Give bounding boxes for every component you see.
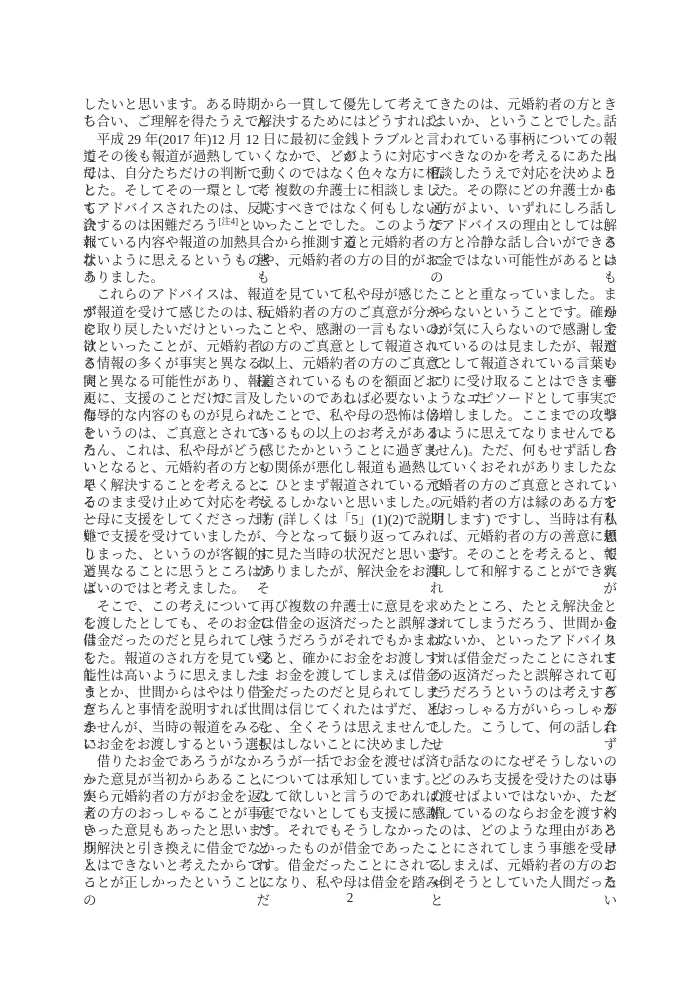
text-line: いとなると、元婚約者の方との関係が悪化し報道も過熱していくおそれがありました。そ… (83, 459, 617, 476)
text-line: いった意見もあったと思います。それでもそうしなかったのは、どのような理由があろう… (83, 822, 617, 839)
document-page: したいと思います。ある時期から一貫して優先して考えてきたのは、元婚約者の方ときち… (0, 0, 700, 989)
text-line: 借金だったのだと見られてしまうだろうがそれでもかまわないか、といったアドバイスを… (83, 632, 617, 649)
text-line: てその後も報道が過熱していくなかで、どのように対応すべきなのかを考えるにあたって… (83, 148, 617, 165)
text-line: 期解決と引き換えに借金でなかったものが借金であったことにされてしまう事態を受け入… (83, 840, 617, 857)
text-line: した。報道のされ方を見ていると、確かにお金をお渡しすれば借金だったことにされてし… (83, 650, 617, 667)
page-number: 2 (0, 890, 700, 906)
text-line: 者の方のおっしゃることが事実でないとしても支援に感謝しているのならお金を渡すべき… (83, 805, 617, 822)
text-line: いで支援を受けていましたが、今となって振り返ってみれば、元婚約者の方の善意に頼り… (83, 528, 617, 545)
paragraph: したいと思います。ある時期から一貫して優先して考えてきたのは、元婚約者の方ときち… (83, 96, 617, 131)
text-line: ないように思えるというものや、元婚約者の方の目的がお金ではない可能性があるという… (83, 252, 617, 269)
text-line: したいと思います。ある時期から一貫して優先して考えてきたのは、元婚約者の方ときち… (83, 96, 617, 113)
text-line: 更に、支援のことだけに言及したいのであれば必要ないようなエピソードとして事実でな… (83, 390, 617, 407)
text-line: れている内容や報道の加熱具合から推測すると元婚約者の方と冷静な話し合いができる状… (83, 234, 617, 251)
text-line: が報道を受けて感じたのは、元婚約者の方のご真意が分からないということです。確かに… (83, 304, 617, 321)
text-line: そのまま受け止めて対応を考えるしかないと思いました。元婚約者の方は縁のある方で一… (83, 494, 617, 511)
paragraph: 借りたお金であろうがなかろうが一括でお金を渡せば済む話なのになぜそうしないのか、… (83, 753, 617, 891)
text-line: 能性は高いように思えました。お金を渡してしまえば借金の返済だったと誤解されてしま… (83, 667, 617, 684)
text-line: 決するのは困難だろう[注4]といったことでした。このようなアドバイスの理由として… (83, 217, 617, 234)
text-line: った意見が当初からあることについては承知しています。どのみち支援を受けたのは事実… (83, 771, 617, 788)
text-line: 早く解決することを考えると、ひとまず報道されている元婚者の方のご真意とされている… (83, 477, 617, 494)
text-line: 侮辱的な内容のものが見られたことで、私や母の恐怖は倍増しました。ここまでの攻撃を… (83, 407, 617, 424)
paragraph: そこで、この考えについて再び複数の弁護士に意見を求めたところ、たとえ解決金として… (83, 598, 617, 754)
text-line: と母に支援をしてくださった方 (詳しくは「5」(1)(2)で説明します) ですし… (83, 511, 617, 528)
text-line: うとか、世間からはやはり借金だったのだと見られてしまうだろうというのは考えすぎだ… (83, 684, 617, 701)
text-line: ませんが、当時の報道をみると、全くそうは思えませんでした。こうして、何の話し合い… (83, 719, 617, 736)
text-line: とはできないと考えたからです。借金だったことにされてしまえば、元婚約者の方のおっ… (83, 857, 617, 874)
text-line: てアドバイスされたのは、反応すべきではなく何もしない方がよい、いずれにしろ話し合… (83, 200, 617, 217)
text-line: と異なることに思うところはありましたが、解決金をお渡しして和解することができれば… (83, 563, 617, 580)
text-line: ろん、これは、私や母がどう感じたかということに過ぎません)。ただ、何もせず話し合… (83, 442, 617, 459)
paragraph: これらのアドバイスは、報道を見ていて私や母が感じたことと重なっていました。まず私… (83, 286, 617, 597)
text-line: きちんと事情を説明すれば世間は信じてくれたはずだ、とおっしゃる方がいらっしゃるか… (83, 701, 617, 718)
text-line: 実と異なる可能性があり、報道されているものを額面どおりに受け取ることはできません… (83, 373, 617, 390)
text-line: した。そしてその一環として、複数の弁護士に相談しました。その際にどの弁護士からも… (83, 182, 617, 199)
text-line: というのは、ご真意とされているもの以上のお考えがあるように思えてなりませんでした… (83, 425, 617, 442)
text-line: る情報の多くが事実と異なる以上、元婚約者の方のご真意として報道されている言葉も同… (83, 355, 617, 372)
document-body: したいと思います。ある時期から一貫して優先して考えてきたのは、元婚約者の方ときち… (83, 96, 617, 892)
text-line: そこで、この考えについて再び複数の弁護士に意見を求めたところ、たとえ解決金として… (83, 598, 617, 615)
paragraph: 平成 29 年(2017 年)12 月 12 日に最初に金銭トラブルと言われてい… (83, 131, 617, 287)
text-line: 平成 29 年(2017 年)12 月 12 日に最初に金銭トラブルと言われてい… (83, 131, 617, 148)
note-ref: [注4] (218, 217, 238, 227)
text-line: 母は、自分たちだけの判断で動くのではなく色々な方に相談したうえで対応を決めようと… (83, 165, 617, 182)
text-line: 借りたお金であろうがなかろうが一括でお金を渡せば済む話なのになぜそうしないのか、… (83, 753, 617, 770)
text-line: し合い、ご理解を得たうえで解決するためにはどうすればよいか、ということでした。 (83, 113, 617, 130)
text-line: けといったことが、元婚約者の方のご真意として報道されているのは見ましたが、報道さ… (83, 338, 617, 355)
text-line: から元婚約者の方がお金を返して欲しいと言うのであれば渡せばよいではないか、たとえ… (83, 788, 617, 805)
text-line: を取り戻したいだけといったことや、感謝の一言もないのが気に入らないので感謝して欲… (83, 321, 617, 338)
text-line: これらのアドバイスは、報道を見ていて私や母が感じたことと重なっていました。まず私… (83, 286, 617, 303)
text-line: を渡したとしても、そのお金は借金の返済だったと誤解されてしまうだろう、世間からは… (83, 615, 617, 632)
text-line: しまった、というのが客観的に見た当時の状況だと思います。そのことを考えると、報道… (83, 546, 617, 563)
